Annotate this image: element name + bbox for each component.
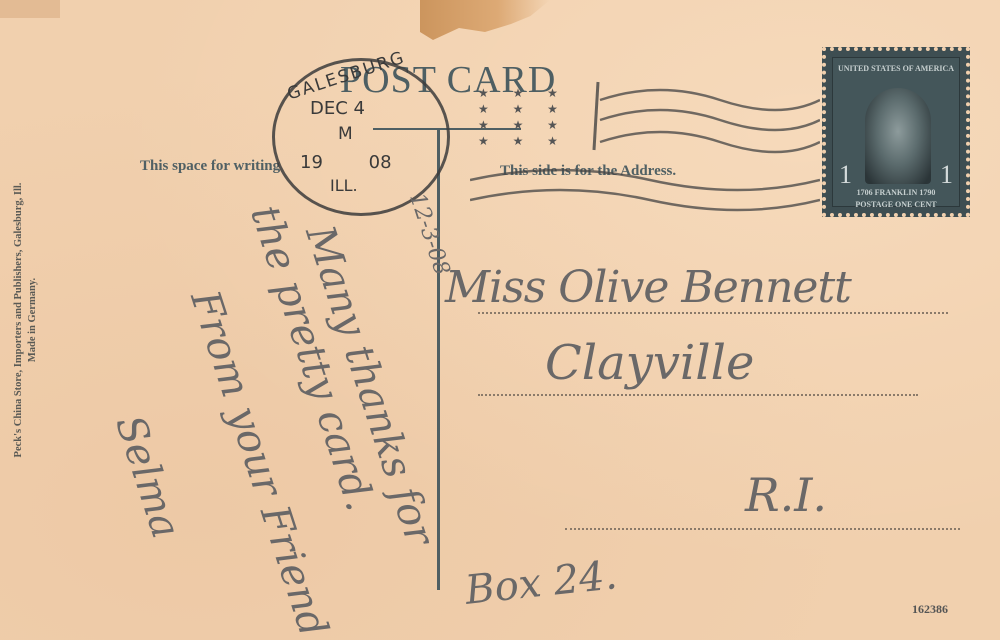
stamp-top-text: UNITED STATES OF AMERICA bbox=[833, 64, 959, 73]
serial-number: 162386 bbox=[912, 602, 948, 617]
publisher-line-2: Made in Germany. bbox=[26, 100, 40, 540]
stamp-denomination-right: 1 bbox=[940, 160, 953, 190]
publisher-line-1: Peck's China Store, Importers and Publis… bbox=[12, 100, 26, 540]
postcard-back: POST CARD This space for writing This si… bbox=[0, 0, 1000, 640]
postmark-state: ILL. bbox=[330, 176, 358, 195]
address-line-2 bbox=[478, 394, 918, 396]
stamp-name-text: 1706 FRANKLIN 1790 bbox=[833, 188, 959, 197]
address-line-3 bbox=[565, 528, 960, 530]
water-stain bbox=[420, 0, 550, 40]
corner-stain bbox=[0, 0, 60, 18]
publisher-imprint: Peck's China Store, Importers and Publis… bbox=[12, 100, 72, 540]
stamp-denomination-left: 1 bbox=[839, 160, 852, 190]
postmark-time: M bbox=[338, 124, 353, 144]
writing-space-label: This space for writing bbox=[140, 158, 280, 175]
stamp-bottom-text: POSTAGE ONE CENT bbox=[833, 200, 959, 209]
message-date: 12-3-08 bbox=[404, 190, 454, 278]
message-signature: Selma bbox=[106, 410, 189, 544]
franklin-portrait-icon bbox=[865, 88, 931, 184]
recipient-name: Miss Olive Bennett bbox=[445, 262, 851, 313]
postage-stamp: UNITED STATES OF AMERICA 1 1 1706 FRANKL… bbox=[822, 47, 970, 217]
postmark-date: DEC 4 bbox=[310, 98, 365, 119]
recipient-city: Clayville bbox=[545, 335, 754, 391]
flag-stars-icon: ★ ★ ★ ★ ★ ★ ★ ★ ★ ★ ★ ★ bbox=[478, 85, 588, 135]
postmark-year: 19 08 bbox=[300, 152, 392, 173]
recipient-box: Box 24. bbox=[463, 552, 619, 614]
recipient-state: R.I. bbox=[745, 468, 827, 522]
